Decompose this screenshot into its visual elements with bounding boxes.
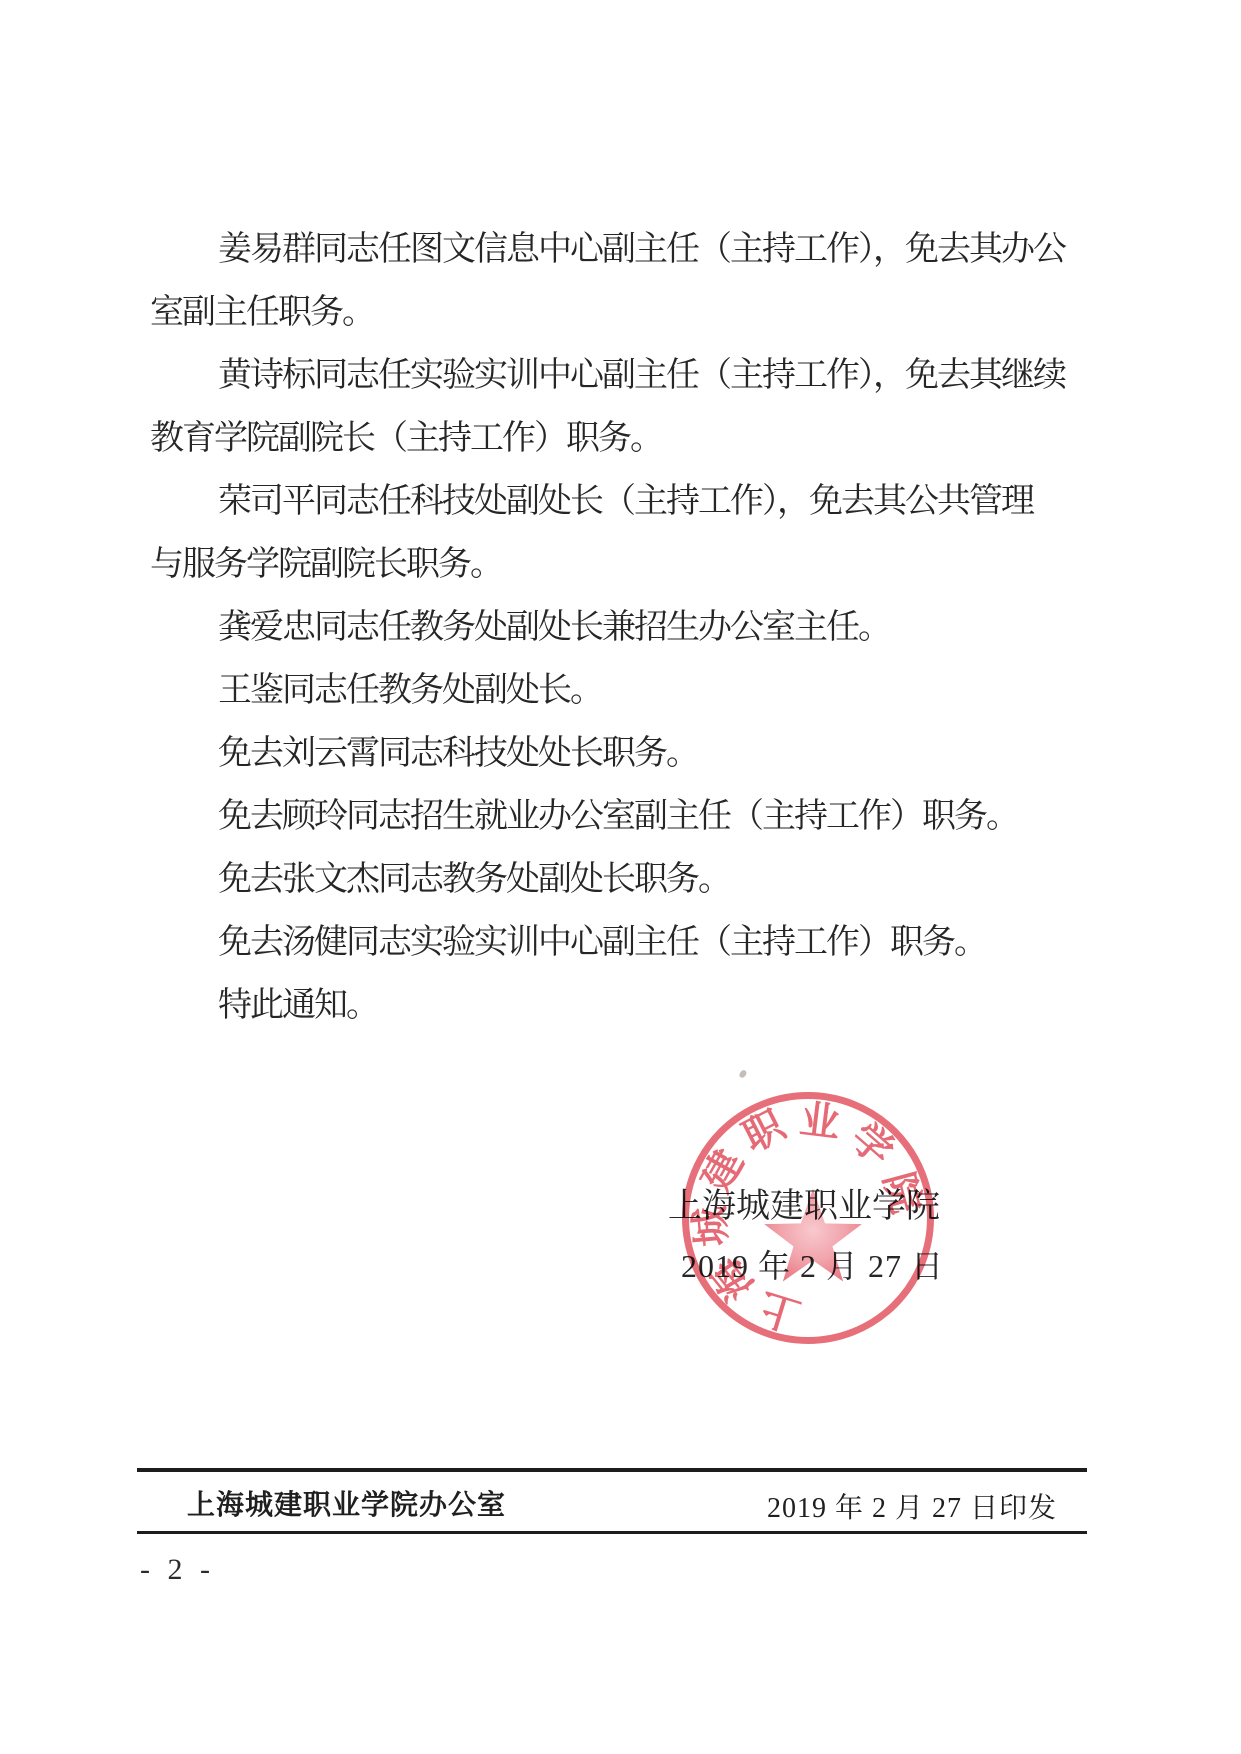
body-line: 免去顾玲同志招生就业办公室副主任（主持工作）职务。 [150, 785, 1095, 848]
seal-char: 上 [753, 1285, 805, 1337]
body-line: 免去张文杰同志教务处副处长职务。 [150, 848, 1095, 911]
body-line: 姜易群同志任图文信息中心副主任（主持工作），免去其办公 [150, 218, 1095, 281]
seal-char: 学 [842, 1115, 901, 1174]
notice-body: 姜易群同志任图文信息中心副主任（主持工作），免去其办公室副主任职务。黄诗标同志任… [150, 218, 1095, 1037]
footer-rule-top [137, 1468, 1087, 1472]
body-line: 荣司平同志任科技处副处长（主持工作），免去其公共管理 [150, 470, 1095, 533]
body-line: 与服务学院副院长职务。 [150, 533, 1095, 596]
body-line: 特此通知。 [150, 974, 1095, 1037]
footer-office-name: 上海城建职业学院办公室 [187, 1483, 506, 1523]
body-line: 室副主任职务。 [150, 281, 1095, 344]
document-page: 姜易群同志任图文信息中心副主任（主持工作），免去其办公室副主任职务。黄诗标同志任… [0, 0, 1241, 1754]
signature-date: 2019 年 2 月 27 日 [681, 1241, 944, 1287]
ink-speck [738, 1069, 747, 1079]
body-line: 免去刘云霄同志科技处处长职务。 [150, 722, 1095, 785]
footer-rule-bottom [137, 1531, 1087, 1534]
seal-char: 职 [736, 1103, 792, 1159]
seal-char: 业 [796, 1098, 843, 1145]
body-line: 黄诗标同志任实验实训中心副主任（主持工作），免去其继续 [150, 344, 1095, 407]
page-number: - 2 - [140, 1553, 215, 1587]
body-line: 王鉴同志任教务处副处长。 [150, 659, 1095, 722]
signature-org-name: 上海城建职业学院 [668, 1178, 940, 1227]
body-line: 龚爱忠同志任教务处副处长兼招生办公室主任。 [150, 596, 1095, 659]
footer-print-date: 2019 年 2 月 27 日印发 [767, 1486, 1057, 1526]
body-line: 免去汤健同志实验实训中心副主任（主持工作）职务。 [150, 911, 1095, 974]
body-line: 教育学院副院长（主持工作）职务。 [150, 407, 1095, 470]
